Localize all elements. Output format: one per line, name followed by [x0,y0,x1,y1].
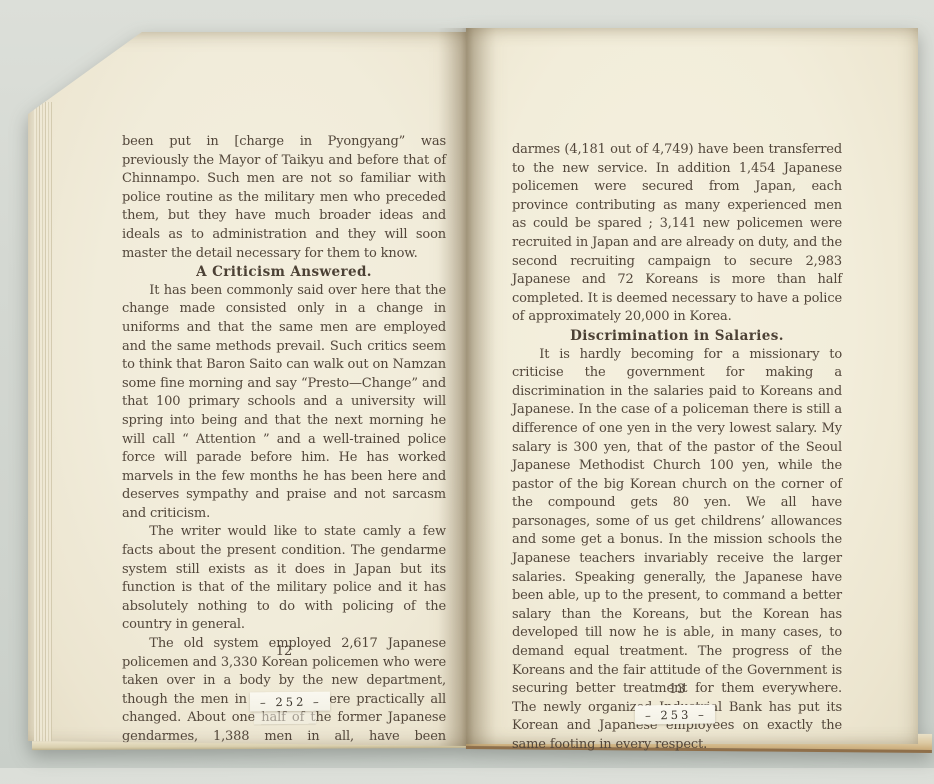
paragraph: been put in [charge in Pyongyang” was pr… [122,133,446,263]
left-page-text-block: been put in [charge in Pyongyang” was pr… [122,133,446,768]
paragraph: The writer would like to state camly a f… [122,523,446,635]
shelf-label: – 252 – [250,692,330,712]
page-stack-edge [34,102,52,742]
shelf-label: – 253 – [635,704,715,724]
section-heading: A Criticism Answered. [122,263,446,282]
right-page: darmes (4,181 out of 4,749) have been tr… [466,28,918,744]
section-heading: Discrimination in Salaries. [512,327,842,346]
page-number: 13 [512,682,842,697]
shelf-label-ghost [254,712,316,725]
left-page: been put in [charge in Pyongyang” was pr… [28,32,466,746]
open-book: been put in [charge in Pyongyang” was pr… [28,28,918,750]
right-page-text-block: darmes (4,181 out of 4,749) have been tr… [512,141,842,755]
paragraph: darmes (4,181 out of 4,749) have been tr… [512,141,842,327]
page-number: 12 [122,644,446,659]
paragraph: It has been commonly said over here that… [122,282,446,524]
